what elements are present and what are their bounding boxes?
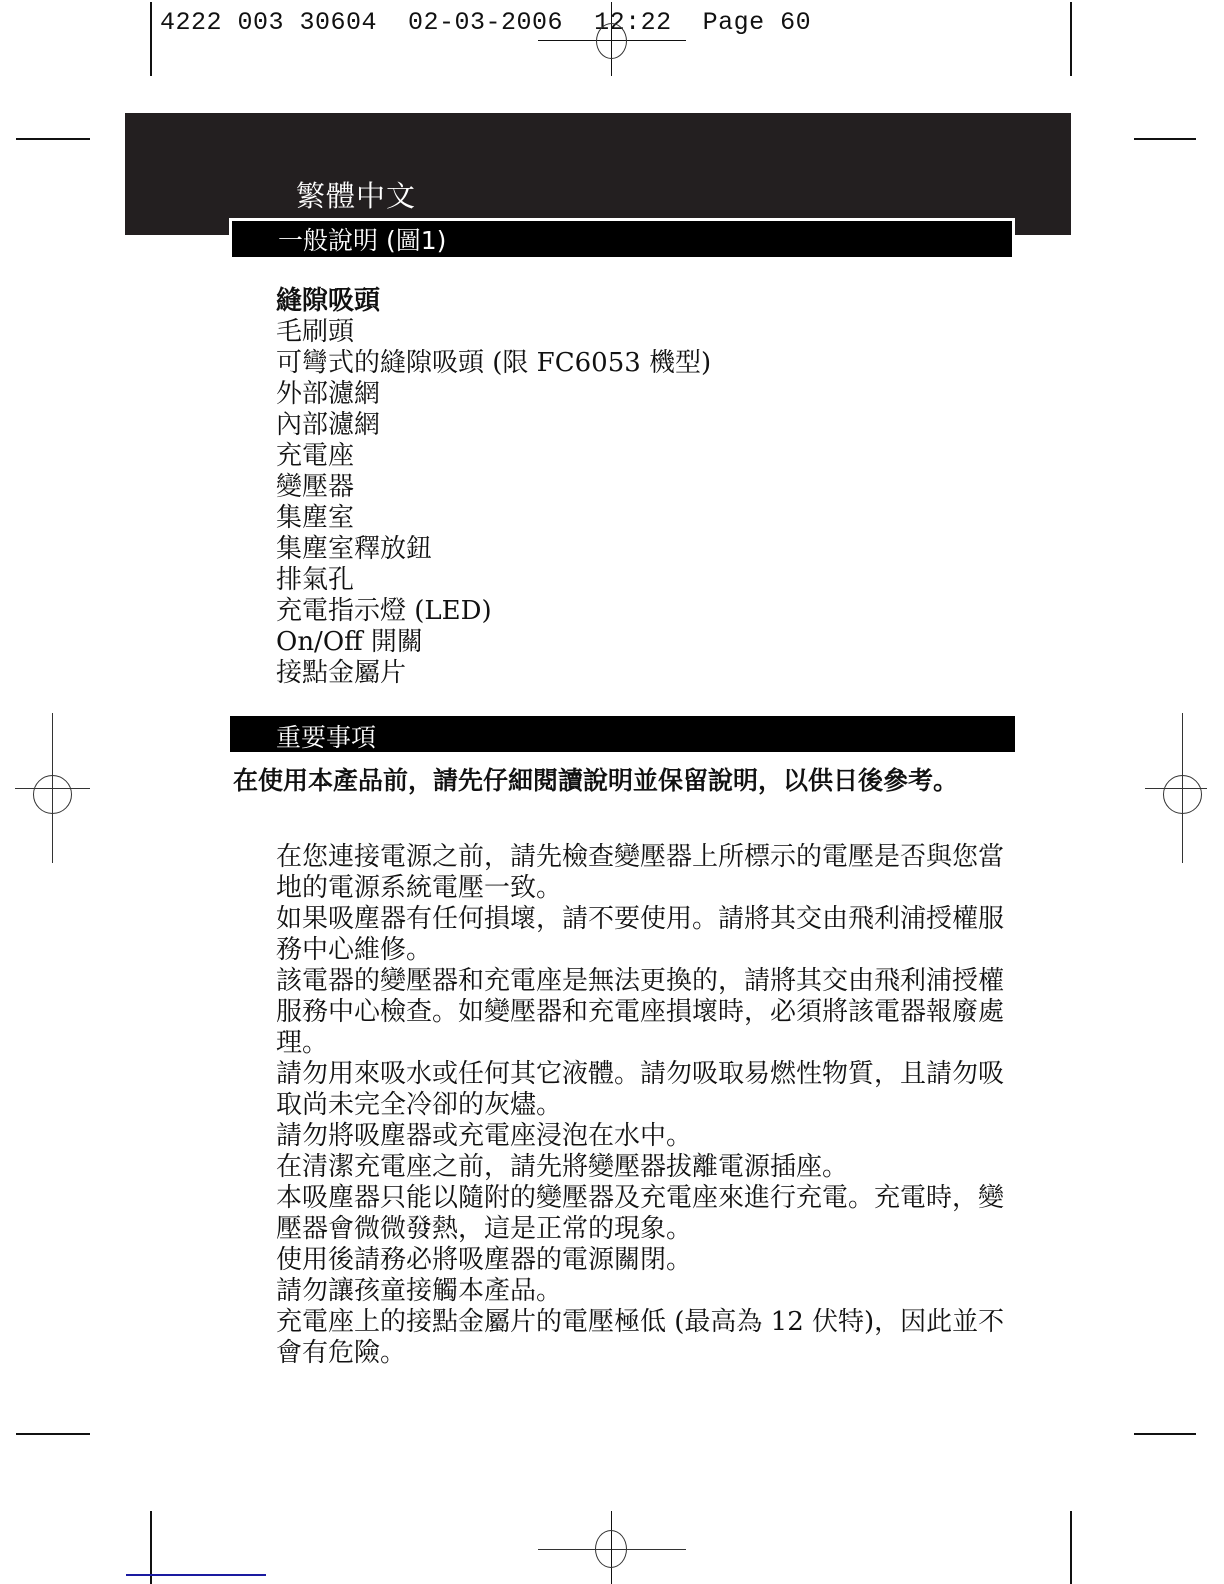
section-heading-general-description: 一般說明 (圖1) (229, 218, 1015, 260)
important-lead-paragraph: 在使用本產品前，請先仔細閱讀說明並保留說明，以供日後參考。 (233, 765, 1003, 796)
registration-circle-right-icon (1163, 775, 1202, 814)
list-item: 充電指示燈 (LED) (276, 596, 711, 627)
list-item: 毛刷頭 (276, 317, 711, 348)
page-edge-line (126, 1574, 266, 1576)
registration-circle-top-icon (596, 23, 627, 59)
warning-item: 在您連接電源之前，請先檢查變壓器上所標示的電壓是否與您當地的電源系統電壓一致。 (276, 842, 1021, 904)
list-item: 內部濾網 (276, 410, 711, 441)
list-item: 集塵室 (276, 503, 711, 534)
parts-list: 縫隙吸頭 毛刷頭 可彎式的縫隙吸頭 (限 FC6053 機型) 外部濾網 內部濾… (276, 286, 711, 689)
list-item: 集塵室釋放鈕 (276, 534, 711, 565)
warning-item: 充電座上的接點金屬片的電壓極低 (最高為 12 伏特)，因此並不會有危險。 (276, 1307, 1021, 1369)
header-band (125, 113, 1071, 235)
list-item: 可彎式的縫隙吸頭 (限 FC6053 機型) (276, 348, 711, 379)
warning-item: 請勿用來吸水或任何其它液體。請勿吸取易燃性物質，且請勿吸取尚未完全冷卻的灰燼。 (276, 1059, 1021, 1121)
warning-item: 使用後請務必將吸塵器的電源關閉。 (276, 1245, 1021, 1276)
list-item: 充電座 (276, 441, 711, 472)
list-item: 外部濾網 (276, 379, 711, 410)
warning-item: 在清潔充電座之前，請先將變壓器拔離電源插座。 (276, 1152, 1021, 1183)
list-item: 排氣孔 (276, 565, 711, 596)
crop-mark-top-right (1070, 2, 1072, 76)
crop-mark-bottom-right (1070, 1511, 1072, 1584)
list-item: 變壓器 (276, 472, 711, 503)
warning-item: 該電器的變壓器和充電座是無法更換的，請將其交由飛利浦授權服務中心檢查。如變壓器和… (276, 966, 1021, 1059)
list-item: 接點金屬片 (276, 658, 711, 689)
crop-mark-top-left (150, 2, 152, 76)
crop-mark-left-top (16, 138, 90, 140)
list-item: 縫隙吸頭 (276, 286, 711, 317)
registration-circle-left-icon (33, 775, 72, 814)
warning-item: 本吸塵器只能以隨附的變壓器及充電座來進行充電。充電時，變壓器會微微發熱，這是正常… (276, 1183, 1021, 1245)
warning-item: 請勿將吸塵器或充電座浸泡在水中。 (276, 1121, 1021, 1152)
warning-item: 請勿讓孩童接觸本產品。 (276, 1276, 1021, 1307)
registration-circle-bottom-icon (595, 1530, 627, 1568)
print-slug: 4222 003 30604 02-03-2006 12:22 Page 60 (160, 8, 811, 37)
crop-mark-right-top (1134, 138, 1196, 140)
crop-mark-right-bottom (1134, 1433, 1196, 1435)
crop-mark-left-bottom (16, 1433, 90, 1435)
section-heading-important: 重要事項 (230, 716, 1015, 752)
warnings-list: 在您連接電源之前，請先檢查變壓器上所標示的電壓是否與您當地的電源系統電壓一致。 … (276, 842, 1021, 1369)
language-title: 繁體中文 (296, 174, 416, 215)
warning-item: 如果吸塵器有任何損壞，請不要使用。請將其交由飛利浦授權服務中心維修。 (276, 904, 1021, 966)
list-item: On/Off 開關 (276, 627, 711, 658)
